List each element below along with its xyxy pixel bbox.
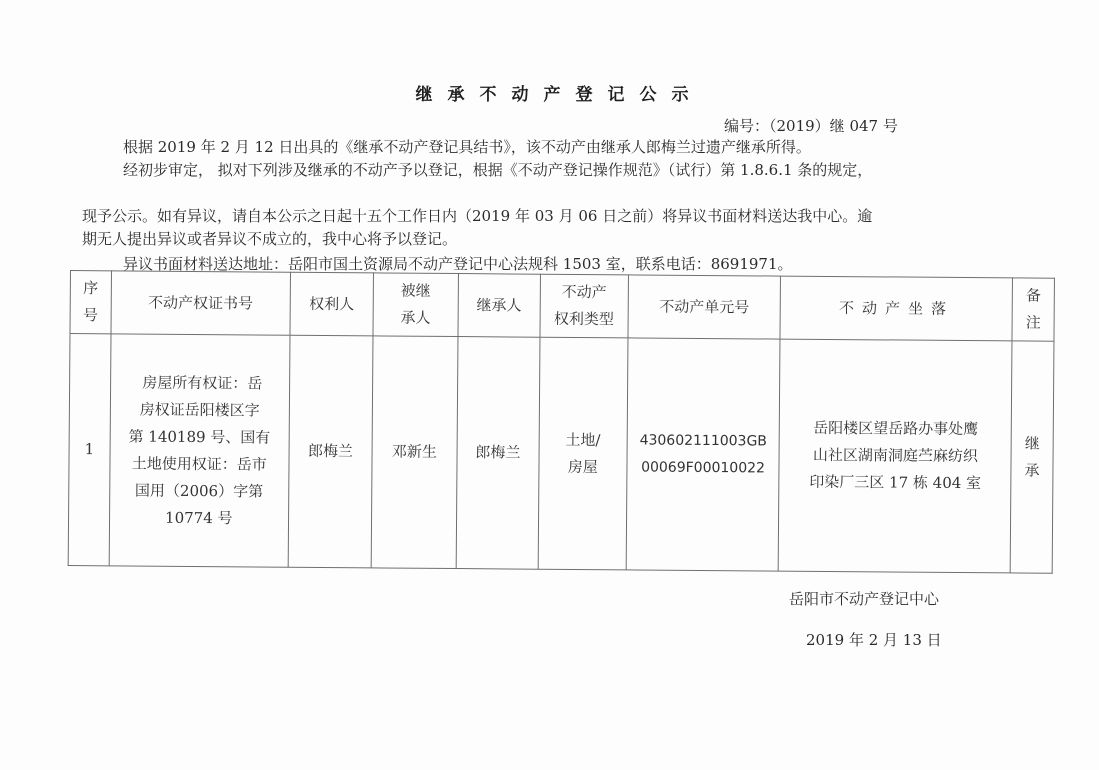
paragraph-review-line2: 现予公示。如有异议，请自本公示之日起十五个工作日内（2019 年 03 月 06… [82,205,1032,228]
header-right-type: 不动产 权利类型 [540,274,628,338]
cell-right-type: 土地/ 房屋 [538,337,628,570]
cell-owner: 郎梅兰 [288,335,373,568]
cell-location: 岳阳楼区望岳路办事处鹰 山社区湖南洞庭苎麻纺织 印染厂三区 17 栋 404 室 [779,339,1013,573]
header-location: 不动产坐落 [780,276,1012,341]
cell-seq: 1 [68,334,110,566]
header-heir: 继承人 [458,274,540,338]
header-unit-no: 不动产单元号 [628,275,781,339]
header-seq: 序 号 [70,271,111,334]
cell-cert-no: 房屋所有权证：岳 房权证岳阳楼区字 第 140189 号、国有 土地使用权证：岳… [109,334,290,567]
notice-page: 继承不动产登记公示 编号：（2019）继 047 号 根据 2019 年 2 月… [0,0,1099,770]
document-number: 编号：（2019）继 047 号 [724,115,898,136]
header-owner: 权利人 [290,272,373,336]
signature-organization: 岳阳市不动产登记中心 [789,588,939,609]
signature-date: 2019 年 2 月 13 日 [806,629,942,650]
table-header-row: 序 号 不动产权证书号 权利人 被继 承人 继承人 不动产 权利类型 不动产单元… [70,271,1054,342]
cell-unit-no: 430602111003GB 00069F00010022 [626,338,780,571]
table-row: 1 房屋所有权证：岳 房权证岳阳楼区字 第 140189 号、国有 土地使用权证… [68,334,1054,574]
paragraph-review-line3: 期无人提出异议或者异议不成立的，我中心将予以登记。 [82,228,1032,251]
paragraph-review-line1: 经初步审定， 拟对下列涉及继承的不动产予以登记，根据《不动产登记操作规范》（试行… [123,159,1073,182]
header-cert-no: 不动产权证书号 [111,271,291,335]
cell-decedent: 邓新生 [371,336,458,569]
header-note: 备 注 [1012,278,1054,341]
cell-note: 继 承 [1010,341,1054,573]
header-decedent: 被继 承人 [373,273,458,337]
document-title: 继承不动产登记公示 [0,80,1099,105]
registration-table: 序 号 不动产权证书号 权利人 被继 承人 继承人 不动产 权利类型 不动产单元… [68,270,1055,574]
paragraph-basis: 根据 2019 年 2 月 12 日出具的《继承不动产登记具结书》，该不动产由继… [123,136,1073,159]
cell-heir: 郎梅兰 [456,337,540,570]
